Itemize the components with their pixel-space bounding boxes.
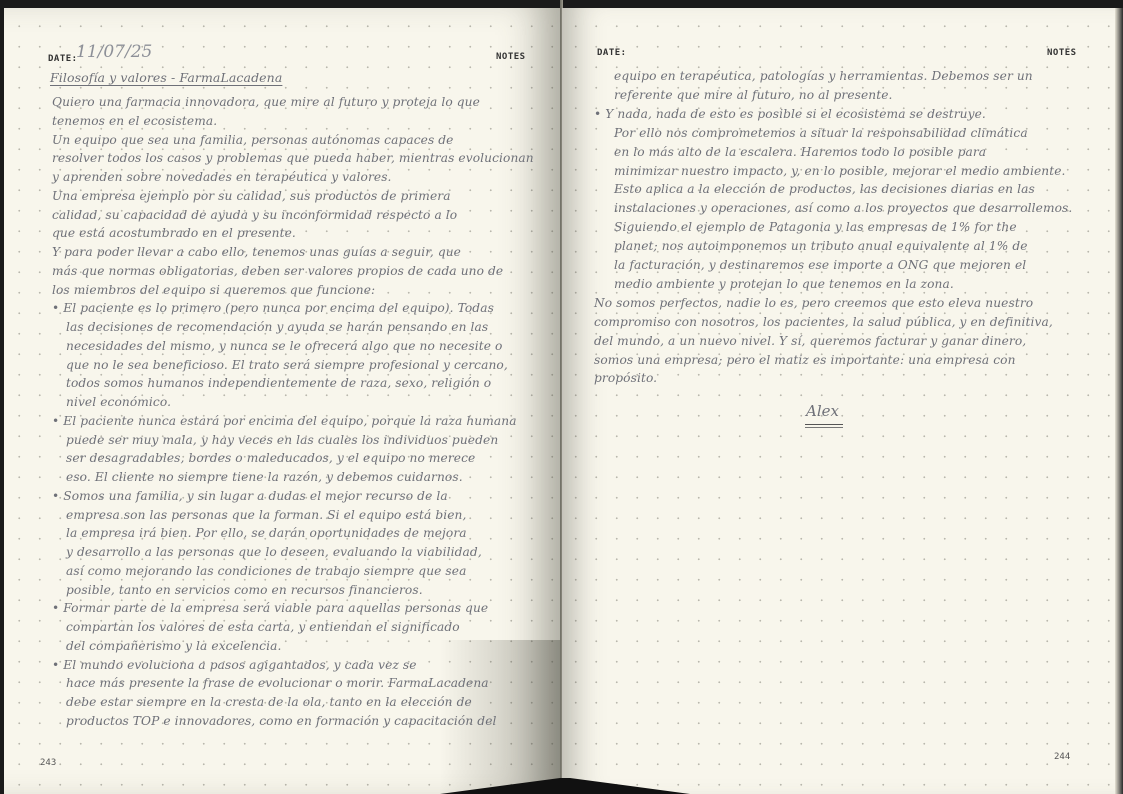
handwritten-line: calidad, su capacidad de ayuda y su inco… <box>52 205 457 226</box>
handwritten-line: más que normas obligatorias, deben ser v… <box>52 261 503 282</box>
handwritten-line: referente que mire al futuro, no al pres… <box>614 85 893 106</box>
handwritten-line: empresa son las personas que la forman. … <box>66 505 466 526</box>
handwritten-line: ser desagradables, bordes o maleducados,… <box>66 448 475 469</box>
notebook-spread: DATE: 11/07/25 NOTES Filosofía y valores… <box>0 0 1123 794</box>
handwritten-line: en lo más alto de la escalera. Haremos t… <box>614 142 986 163</box>
handwritten-line: que está acostumbrado en el presente. <box>52 223 296 244</box>
handwritten-line: • Somos una familia, y sin lugar a dudas… <box>52 486 448 507</box>
handwritten-line: No somos perfectos, nadie lo es, pero cr… <box>594 293 1033 314</box>
handwritten-line: así como mejorando las condiciones de tr… <box>66 561 466 582</box>
handwritten-line: posible, tanto en servicios como en recu… <box>66 580 423 601</box>
handwritten-line: Y para poder llevar a cabo ello, tenemos… <box>52 242 461 263</box>
handwritten-line: Quiero una farmacia innovadora, que mire… <box>52 92 480 113</box>
handwritten-line: • Y nada, nada de esto es posible si el … <box>594 104 986 125</box>
handwritten-line: Un equipo que sea una familia, personas … <box>52 130 454 151</box>
handwritten-line: y aprenden sobre novedades en terapéutic… <box>52 167 392 188</box>
handwritten-line: compartan los valores de esta carta, y e… <box>66 617 460 638</box>
page-edge <box>1115 8 1123 794</box>
date-label-left: DATE: <box>48 54 78 64</box>
date-value: 11/07/25 <box>76 42 152 62</box>
handwritten-line: compromiso con nosotros, los pacientes, … <box>594 312 1053 333</box>
handwritten-line: equipo en terapéutica, patologías y herr… <box>614 66 1033 87</box>
notes-label-left: NOTES <box>496 52 526 62</box>
handwritten-line: nivel económico. <box>66 392 171 413</box>
date-label-right: DATE: <box>597 48 627 58</box>
page-number-left: 243 <box>40 758 56 768</box>
handwritten-line: • El paciente nunca estará por encima de… <box>52 411 517 432</box>
handwritten-line: necesidades del mismo, y nunca se le ofr… <box>66 336 502 357</box>
handwritten-line: planet; nos autoimponemos un tributo anu… <box>614 236 1028 257</box>
note-title: Filosofía y valores - FarmaLacadena <box>50 68 282 89</box>
handwritten-line: los miembros del equipo si queremos que … <box>52 280 375 301</box>
handwritten-line: debe estar siempre en la cresta de la ol… <box>66 692 472 713</box>
signature-underline <box>805 424 843 428</box>
handwritten-line: Esto aplica a la elección de productos, … <box>614 179 1035 200</box>
handwritten-line: resolver todos los casos y problemas que… <box>52 148 534 169</box>
handwritten-line: • El paciente es lo primero (pero nunca … <box>52 298 494 319</box>
handwritten-line: instalaciones y operaciones, así como a … <box>614 198 1072 219</box>
handwritten-line: Siguiendo el ejemplo de Patagonia y las … <box>614 217 1017 238</box>
handwritten-line: productos TOP e innovadores, como en for… <box>66 711 497 732</box>
notes-label-right: NOTES <box>1047 48 1077 58</box>
handwritten-line: • Formar parte de la empresa será viable… <box>52 598 488 619</box>
handwritten-line: medio ambiente y protejan lo que tenemos… <box>614 274 954 295</box>
handwritten-line: todos somos humanos independientemente d… <box>66 373 491 394</box>
handwritten-line: hace más presente la frase de evoluciona… <box>66 673 489 694</box>
page-number-right: 244 <box>1054 752 1070 762</box>
signature: Alex <box>806 402 839 420</box>
handwritten-line: que no le sea beneficioso. El trato será… <box>66 355 508 376</box>
handwritten-line: tenemos en el ecosistema. <box>52 111 217 132</box>
handwritten-line: propósito. <box>594 368 657 389</box>
handwritten-line: la empresa irá bien. Por ello, se darán … <box>66 523 467 544</box>
handwritten-line: somos una empresa; pero el matiz es impo… <box>594 350 1016 371</box>
handwritten-line: Por ello nos comprometemos a situar la r… <box>614 123 1028 144</box>
handwritten-line: eso. El cliente no siempre tiene la razó… <box>66 467 463 488</box>
handwritten-line: del mundo, a un nuevo nivel. Y sí, quere… <box>594 331 1026 352</box>
handwritten-line: y desarrollo a las personas que lo desee… <box>66 542 482 563</box>
handwritten-line: la facturación, y destinaremos ese impor… <box>614 255 1026 276</box>
handwritten-line: minimizar nuestro impacto, y, en lo posi… <box>614 161 1066 182</box>
handwritten-line: puede ser muy mala, y hay veces en las c… <box>66 430 498 451</box>
handwritten-line: • El mundo evoluciona a pasos agigantado… <box>52 655 417 676</box>
handwritten-line: del compañerismo y la excelencia. <box>66 636 281 657</box>
handwritten-line: Una empresa ejemplo por su calidad, sus … <box>52 186 451 207</box>
handwritten-line: las decisiones de recomendación y ayuda … <box>66 317 488 338</box>
